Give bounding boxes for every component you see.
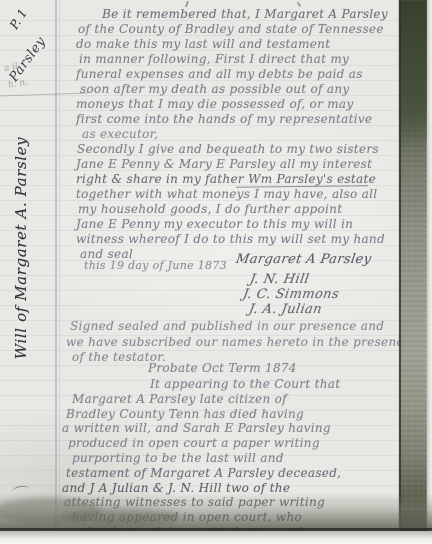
manuscript-line: soon after my death as possible out of a…	[80, 82, 388, 97]
witness-signature: J. A. Julian	[248, 302, 324, 317]
manuscript-line: Be it remembered that, I Margaret A Pars…	[76, 7, 388, 22]
bottom-margin-strip	[0, 531, 432, 544]
manuscript-line: purporting to be the last will and	[72, 451, 341, 466]
scanned-will-page: Will of Margaret A. Parsley P. 1 Parsley…	[0, 0, 432, 544]
manuscript-line: as executor,	[82, 127, 388, 142]
date-line: this 19 day of June 1873	[84, 259, 227, 272]
scan-edge-dark-top	[400, 0, 427, 150]
manuscript-line: produced in open court a paper writing	[68, 436, 341, 451]
manuscript-line: Jane E Penny my executor to this my will…	[76, 217, 388, 232]
manuscript-line: Margaret A Parsley late citizen of	[72, 392, 341, 407]
manuscript-line: we have subscribed our names hereto in t…	[66, 335, 411, 351]
manuscript-line: of the County of Bradley and state of Te…	[78, 22, 388, 37]
manuscript-line: Signed sealed and published in our prese…	[70, 319, 411, 335]
manuscript-line: in manner following, First I direct that…	[79, 52, 388, 67]
manuscript-line: first come into the hands of my represen…	[76, 112, 388, 127]
manuscript-line: moneys that I may die possessed of, or m…	[76, 97, 388, 112]
witness-signature: J. N. Hill	[249, 272, 311, 287]
attestation-text: Signed sealed and published in our prese…	[70, 319, 411, 366]
manuscript-line: together with what moneys I may have, al…	[76, 187, 388, 202]
manuscript-line: Bradley County Tenn has died having	[66, 407, 341, 422]
page-edge-rule	[399, 0, 401, 530]
manuscript-line: my household goods, I do further appoint	[78, 202, 388, 217]
scan-margin-strip	[427, 0, 432, 544]
left-margin-rule-faint	[59, 0, 60, 532]
testator-signature: Margaret A Parsley	[235, 252, 373, 267]
manuscript-line: a written will, and Sarah E Parsley havi…	[62, 421, 341, 436]
manuscript-line: funeral expenses and all my debts be pai…	[76, 67, 388, 82]
manuscript-line: do make this my last will and testament	[76, 37, 388, 52]
will-body-text: Be it remembered that, I Margaret A Pars…	[76, 7, 388, 262]
pencil-stroke	[0, 92, 88, 96]
manuscript-line: Secondly I give and bequeath to my two s…	[77, 142, 388, 157]
corner-name-note: Parsley	[7, 34, 49, 84]
left-margin-rule	[55, 0, 57, 532]
probate-heading: Probate Oct Term 1874	[148, 361, 297, 375]
manuscript-line: testament of Margaret A Parsley deceased…	[66, 466, 341, 481]
corner-page-note: P. 1	[7, 6, 30, 31]
manuscript-line: It appearing to the Court that	[150, 377, 341, 392]
witness-signature: J. C. Simmons	[242, 287, 341, 302]
margin-caption: Will of Margaret A. Parsley	[12, 112, 36, 384]
bottom-shadow-band	[0, 492, 432, 530]
manuscript-line: witness whereof I do to this my will set…	[76, 232, 388, 247]
manuscript-line: Jane E Penny & Mary E Parsley all my int…	[76, 157, 388, 172]
faint-scribble: h. n,	[7, 77, 29, 90]
